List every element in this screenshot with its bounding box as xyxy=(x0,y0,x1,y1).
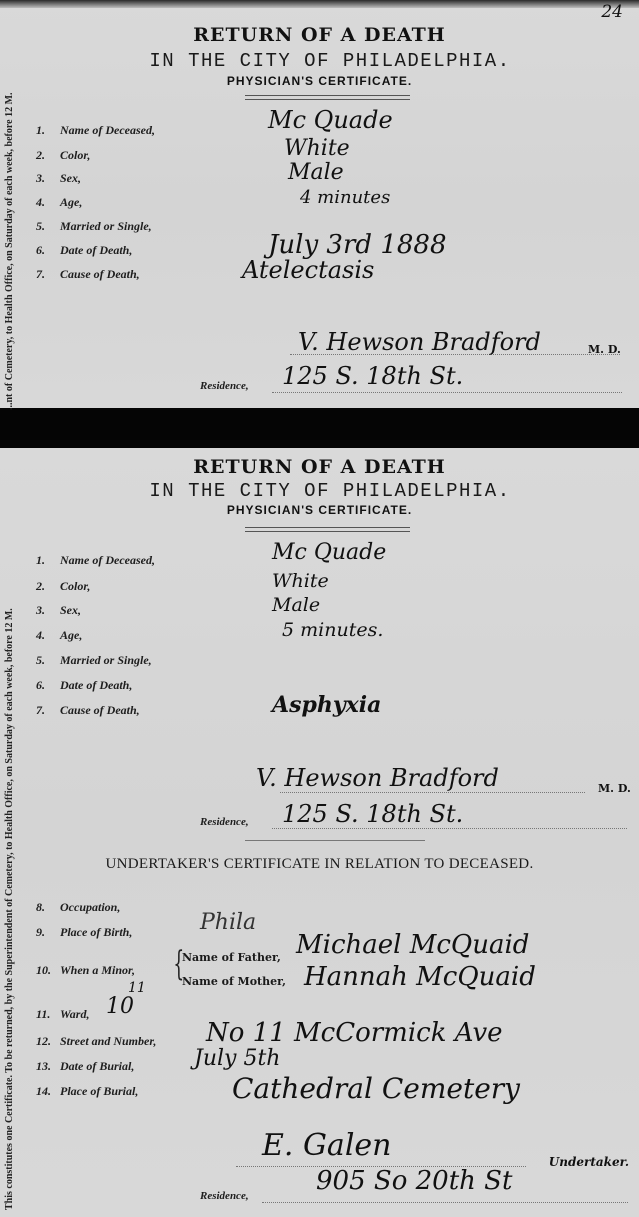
scan-gap-band xyxy=(0,408,639,452)
certificate-2-title: RETURN OF A DEATH xyxy=(0,456,639,478)
side-instruction-text-top: ...nt of Cemetery, to Health Office, on … xyxy=(4,5,18,410)
field-label-street: 12.Street and Number, xyxy=(36,1034,156,1049)
residence-line xyxy=(262,1202,628,1203)
field-label-sex: 3.Sex, xyxy=(36,171,81,186)
field-label-date-of-burial: 13.Date of Burial, xyxy=(36,1059,134,1074)
father-label: Name of Father, xyxy=(182,951,281,964)
field-label-ward: 11.Ward, xyxy=(36,1007,89,1022)
field-value-name: Mc Quade xyxy=(272,540,386,565)
md-suffix: M. D. xyxy=(588,343,621,356)
physician-signature: V. Hewson Bradford xyxy=(256,764,499,792)
certificate-1-title: RETURN OF A DEATH xyxy=(0,24,639,46)
residence-label: Residence, xyxy=(200,816,249,828)
header-rule xyxy=(245,95,410,100)
residence-label: Residence, xyxy=(200,1190,249,1202)
md-suffix: M. D. xyxy=(598,782,631,795)
undertaker-heading: UNDERTAKER'S CERTIFICATE IN RELATION TO … xyxy=(0,856,639,873)
field-label-marital: 5.Married or Single, xyxy=(36,653,152,668)
side-instruction-text-bottom: This constitutes one Certificate. To be … xyxy=(4,455,18,1210)
field-value-sex: Male xyxy=(272,594,320,616)
mother-label: Name of Mother, xyxy=(182,975,286,988)
field-label-date-of-death: 6.Date of Death, xyxy=(36,243,132,258)
field-value-date-of-burial: July 5th xyxy=(194,1046,280,1071)
certificate-1-subtitle: PHYSICIAN'S CERTIFICATE. xyxy=(0,74,639,88)
physician-residence: 125 S. 18th St. xyxy=(282,362,463,390)
field-label-marital: 5.Married or Single, xyxy=(36,219,152,234)
field-value-ward: 10 xyxy=(106,994,134,1019)
field-label-color: 2.Color, xyxy=(36,148,90,163)
header-rule xyxy=(245,527,410,532)
undertaker-residence: 905 So 20th St xyxy=(316,1166,512,1196)
field-value-color: White xyxy=(272,570,329,592)
field-label-name: 1.Name of Deceased, xyxy=(36,123,155,138)
certificate-2-city: IN THE CITY OF PHILADELPHIA. xyxy=(30,480,630,502)
scan-edge-shadow xyxy=(0,0,639,8)
field-value-street: No 11 McCormick Ave xyxy=(206,1018,503,1048)
residence-line xyxy=(272,828,627,829)
field-label-cause-of-death: 7.Cause of Death, xyxy=(36,703,140,718)
undertaker-signature: E. Galen xyxy=(262,1128,392,1163)
residence-line xyxy=(272,392,622,393)
section-divider xyxy=(245,840,425,841)
physician-signature: V. Hewson Bradford xyxy=(298,328,541,356)
field-label-occupation: 8.Occupation, xyxy=(36,900,120,915)
field-label-color: 2.Color, xyxy=(36,579,90,594)
field-value-age: 5 minutes. xyxy=(282,619,383,641)
field-value-cause-of-death: Atelectasis xyxy=(242,256,374,284)
field-value-ward-extra: 11 xyxy=(128,980,146,996)
field-label-place-of-birth: 9.Place of Birth, xyxy=(36,925,132,940)
field-value-sex: Male xyxy=(288,160,344,185)
field-value-place-of-burial: Cathedral Cemetery xyxy=(232,1072,520,1105)
field-value-color: White xyxy=(284,136,350,161)
residence-label: Residence, xyxy=(200,380,249,392)
field-value-age: 4 minutes xyxy=(300,187,390,208)
field-label-age: 4.Age, xyxy=(36,628,82,643)
field-label-date-of-death: 6.Date of Death, xyxy=(36,678,132,693)
certificate-1-city: IN THE CITY OF PHILADELPHIA. xyxy=(30,50,630,72)
field-label-cause-of-death: 7.Cause of Death, xyxy=(36,267,140,282)
undertaker-label: Undertaker. xyxy=(549,1155,629,1169)
field-label-when-minor: 10.When a Minor, xyxy=(36,963,135,978)
field-label-age: 4.Age, xyxy=(36,195,82,210)
field-label-sex: 3.Sex, xyxy=(36,603,81,618)
certificate-2-subtitle: PHYSICIAN'S CERTIFICATE. xyxy=(0,503,639,517)
father-name: Michael McQuaid xyxy=(296,930,529,960)
field-label-place-of-burial: 14.Place of Burial, xyxy=(36,1084,138,1099)
field-label-name: 1.Name of Deceased, xyxy=(36,553,155,568)
field-value-name: Mc Quade xyxy=(268,106,393,134)
signature-line xyxy=(280,792,585,793)
field-value-cause-of-death: Asphyxia xyxy=(272,692,381,718)
physician-residence: 125 S. 18th St. xyxy=(282,800,463,828)
mother-name: Hannah McQuaid xyxy=(304,962,536,992)
page-number: 24 xyxy=(601,2,623,22)
field-value-place-of-birth: Phila xyxy=(200,910,256,935)
